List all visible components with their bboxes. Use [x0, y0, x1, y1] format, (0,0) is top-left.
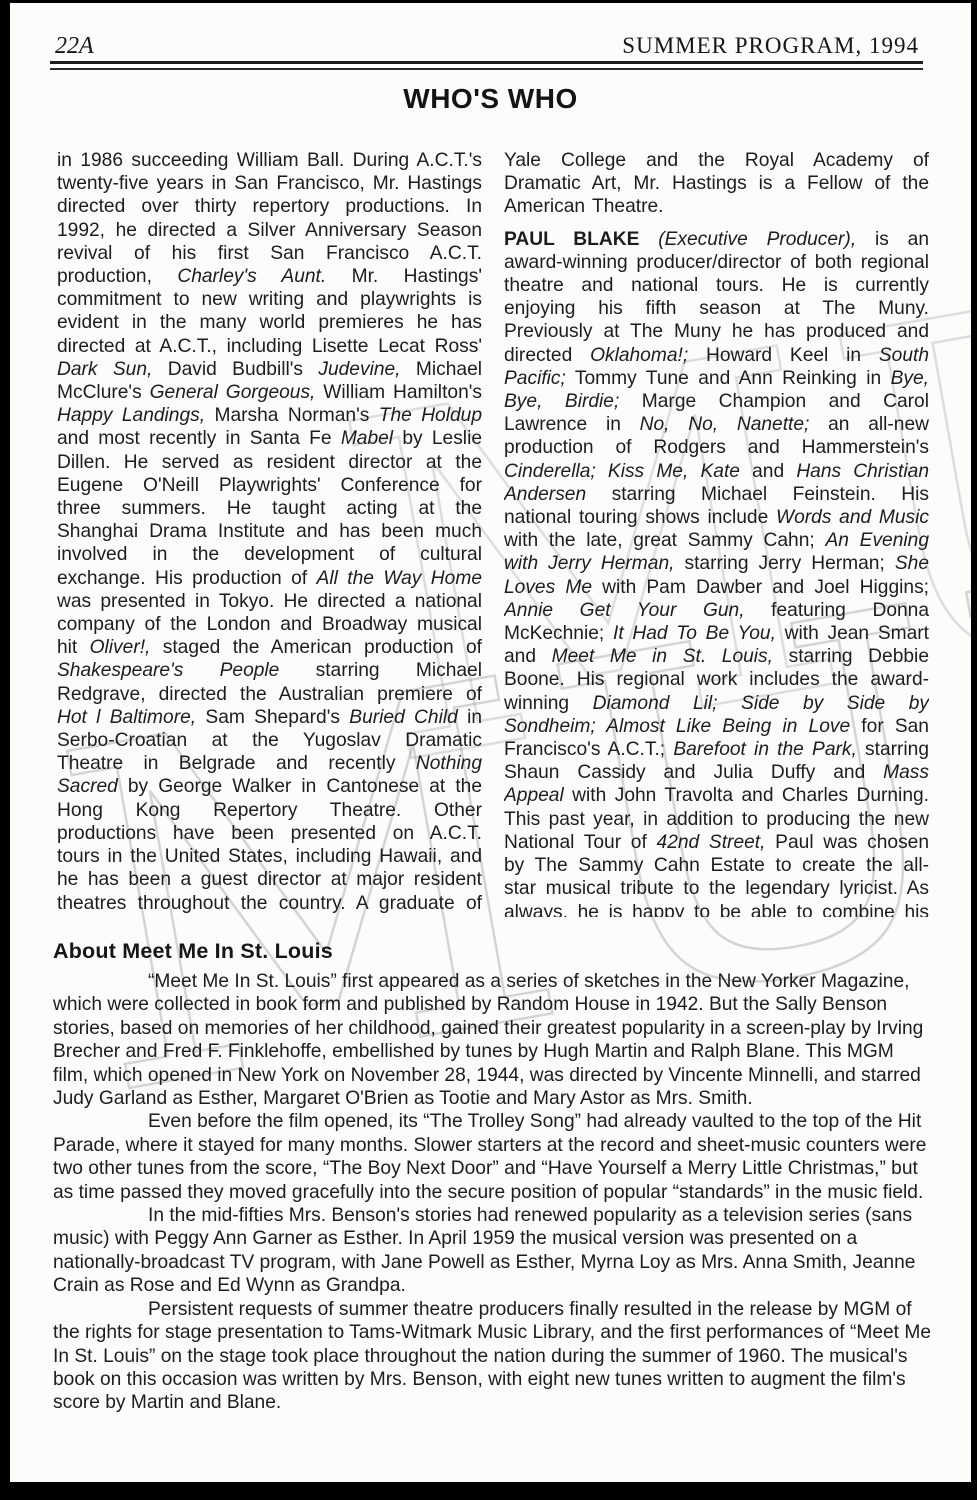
about-paragraph: In the mid-fifties Mrs. Benson's stories…	[53, 1204, 933, 1298]
header-rule-bottom	[50, 68, 923, 70]
page-number: 22A	[55, 33, 94, 60]
bio-column-left: in 1986 succeeding William Ball. During …	[57, 149, 482, 917]
scanned-page: MUNY MUNY 22A SUMMER PROGRAM, 1994 WHO'S…	[10, 3, 971, 1482]
page-title: WHO'S WHO	[10, 83, 971, 115]
bio-paragraph: in 1986 succeeding William Ball. During …	[57, 149, 482, 915]
page-header: 22A SUMMER PROGRAM, 1994	[55, 33, 919, 60]
about-paragraph: Even before the film opened, its “The Tr…	[53, 1110, 933, 1204]
about-section: About Meet Me In St. Louis “Meet Me In S…	[53, 939, 933, 1415]
bio-column-right: Yale College and the Royal Academy of Dr…	[504, 149, 929, 917]
issue-title: SUMMER PROGRAM, 1994	[622, 33, 919, 59]
header-rule-top	[50, 61, 923, 64]
bio-columns: in 1986 succeeding William Ball. During …	[57, 149, 929, 917]
about-heading: About Meet Me In St. Louis	[53, 939, 933, 964]
about-paragraph: Persistent requests of summer theatre pr…	[53, 1298, 933, 1415]
about-paragraph: “Meet Me In St. Louis” first appeared as…	[53, 970, 933, 1110]
bio-paragraph: Yale College and the Royal Academy of Dr…	[504, 149, 929, 219]
bio-paragraph: PAUL BLAKE (Executive Producer), is an a…	[504, 228, 929, 917]
